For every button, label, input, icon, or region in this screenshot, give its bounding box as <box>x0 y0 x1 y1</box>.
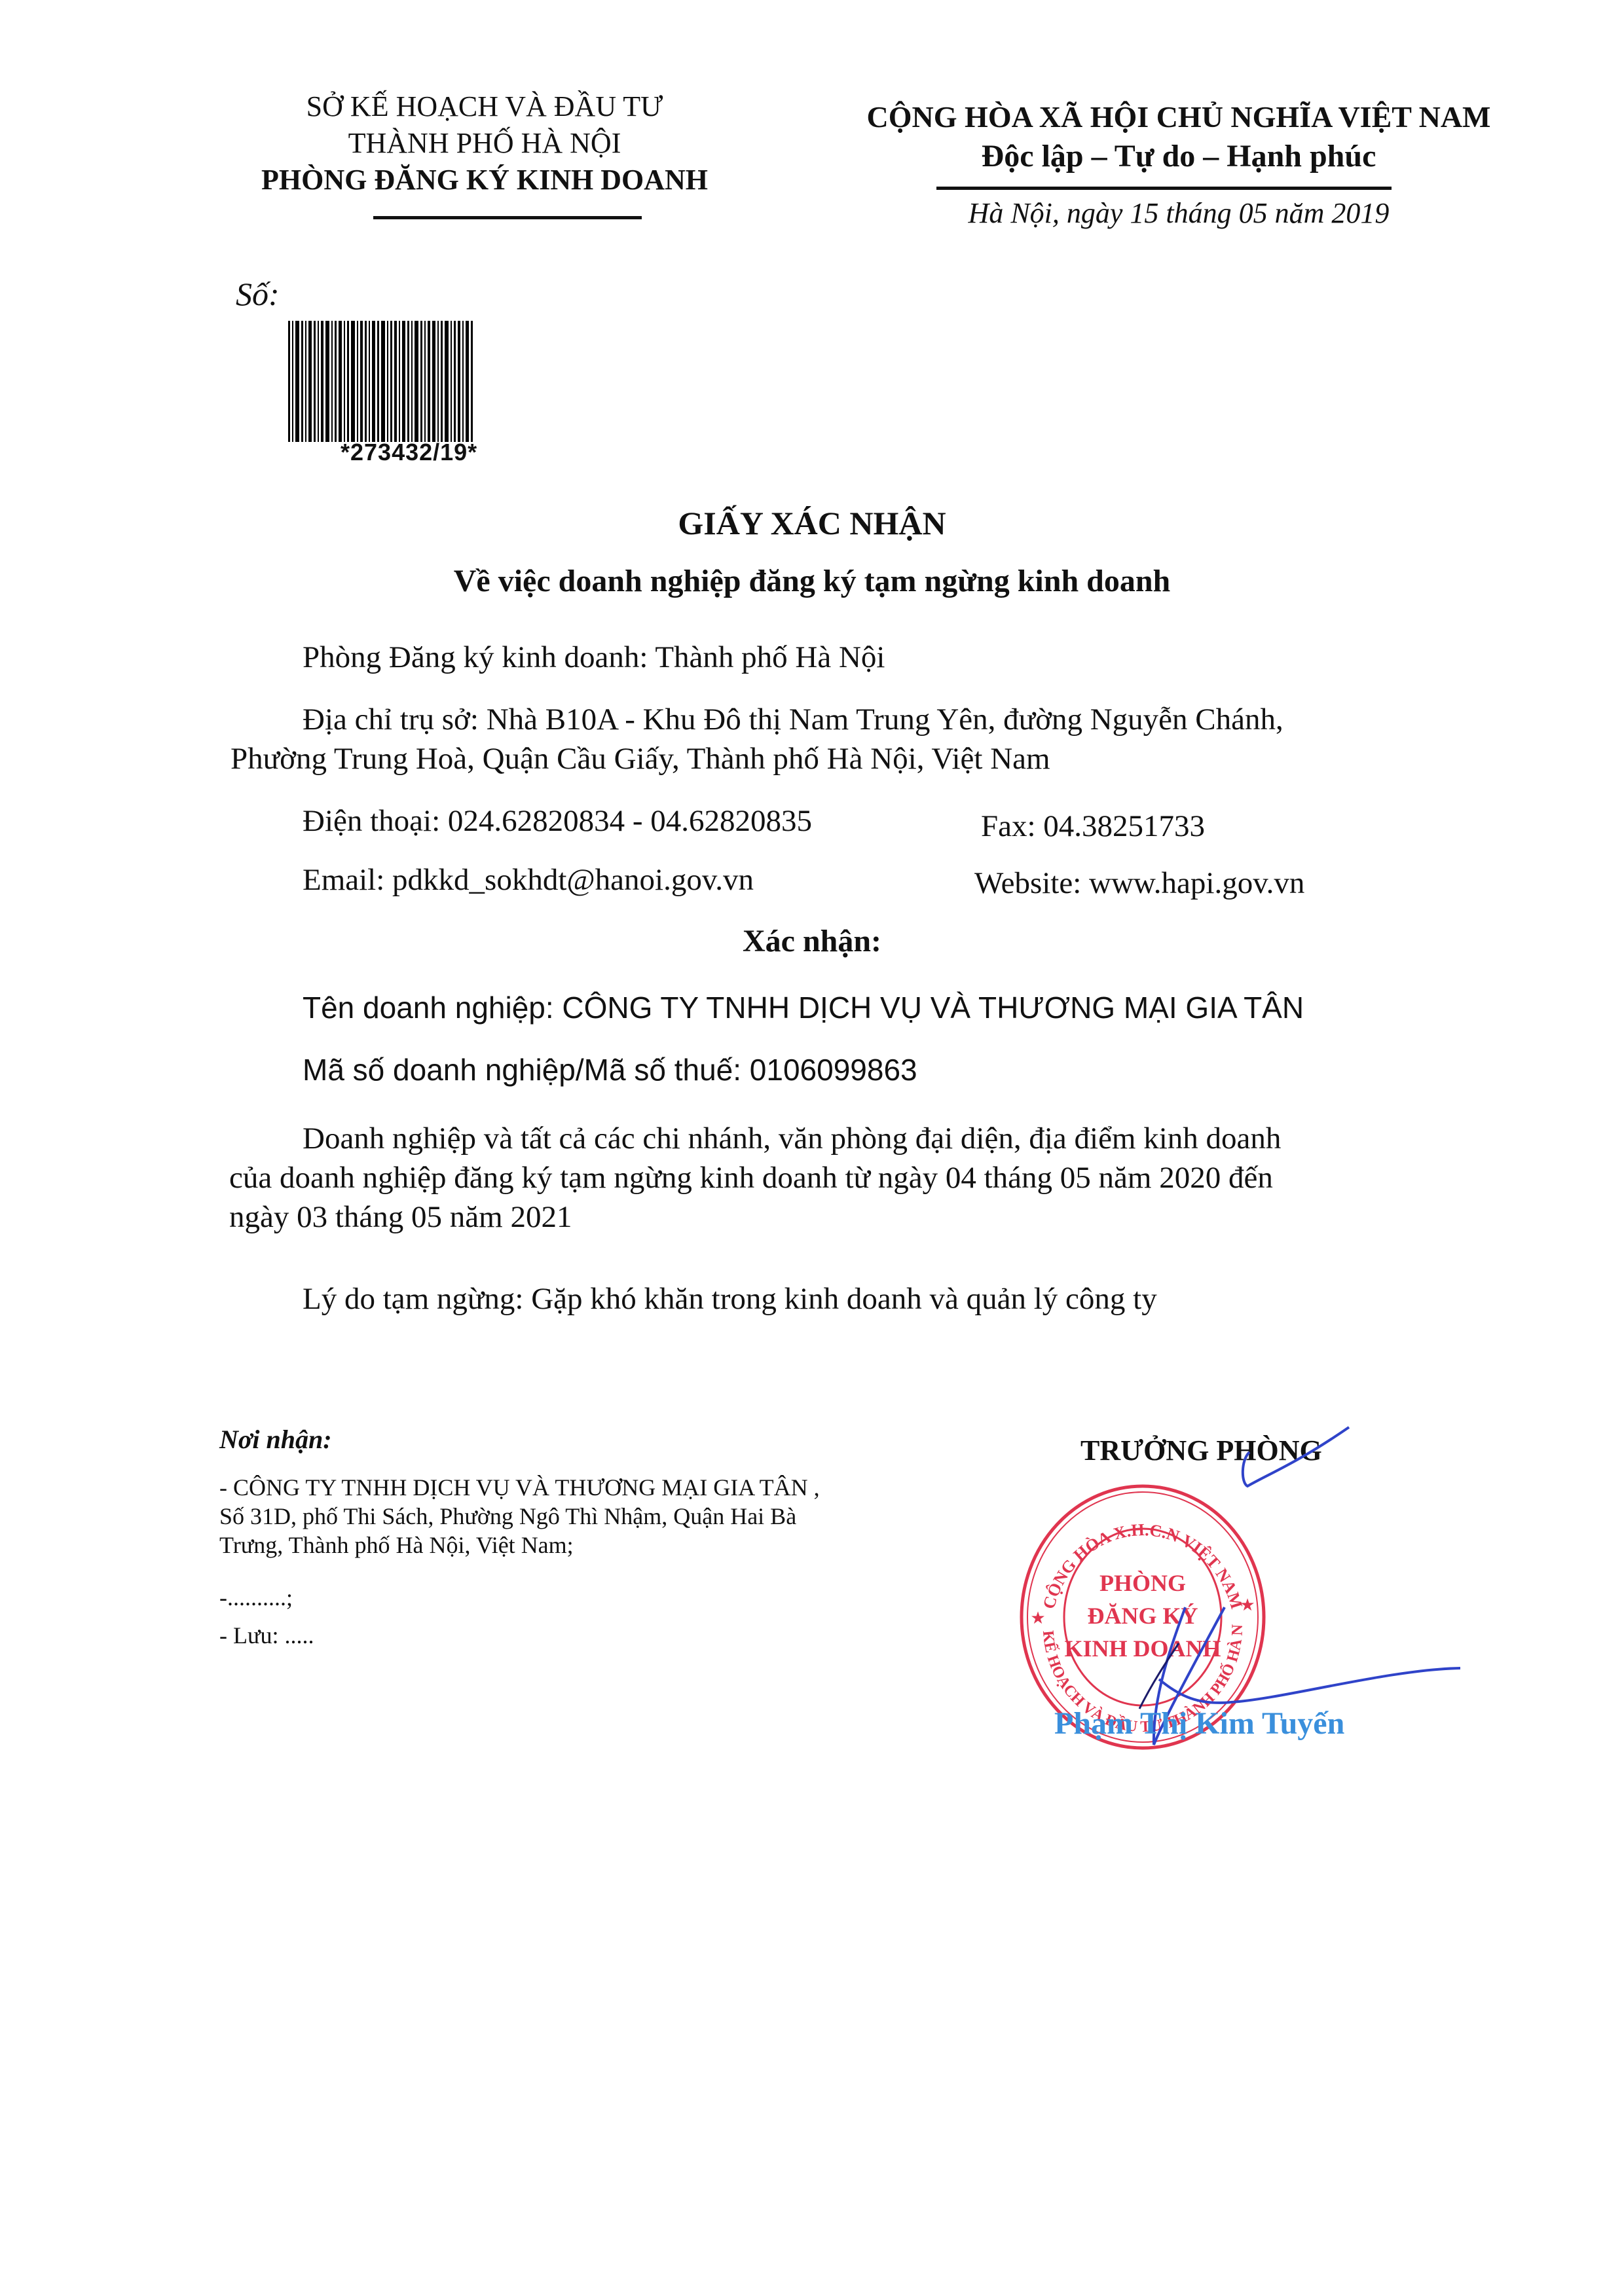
office-phone: Điện thoại: 024.62820834 - 04.62820835 <box>303 802 812 840</box>
office-address-line2: Phường Trung Hoà, Quận Cầu Giấy, Thành p… <box>231 740 1475 778</box>
suspension-paragraph-line1: Doanh nghiệp và tất cả các chi nhánh, vă… <box>303 1120 1514 1157</box>
suspension-paragraph-line3: ngày 03 tháng 05 năm 2021 <box>229 1198 572 1236</box>
office-name: Phòng Đăng ký kinh doanh: Thành phố Hà N… <box>303 638 885 676</box>
recipients-list: - CÔNG TY TNHH DỊCH VỤ VÀ THƯƠNG MẠI GIA… <box>219 1473 841 1650</box>
office-fax: Fax: 04.38251733 <box>981 807 1205 845</box>
national-header: CỘNG HÒA XÃ HỘI CHỦ NGHĨA VIỆT NAM Độc l… <box>819 98 1539 177</box>
agency-office: PHÒNG ĐĂNG KÝ KINH DOANH <box>216 162 753 198</box>
barcode-number: *273432/19* <box>341 439 477 466</box>
national-motto: Độc lập – Tự do – Hạnh phúc <box>819 136 1539 177</box>
nation-name: CỘNG HÒA XÃ HỘI CHỦ NGHĨA VIỆT NAM <box>819 98 1539 136</box>
recipient-item: -..........; <box>219 1583 841 1612</box>
office-address-line1: Địa chỉ trụ sở: Nhà B10A - Khu Đô thị Na… <box>303 701 1481 738</box>
suspension-paragraph-line2: của doanh nghiệp đăng ký tạm ngừng kinh … <box>229 1159 1506 1197</box>
tax-code: Mã số doanh nghiệp/Mã số thuế: 010609986… <box>303 1051 917 1089</box>
barcode-icon <box>288 321 570 442</box>
recipients-title: Nơi nhận: <box>219 1424 332 1455</box>
confirmation-heading: Xác nhận: <box>0 923 1624 959</box>
issue-date: Hà Nội, ngày 15 tháng 05 năm 2019 <box>819 196 1539 230</box>
signer-name: Phạm Thị Kim Tuyến <box>1054 1705 1344 1741</box>
header-left-divider <box>373 216 642 219</box>
header-right-divider <box>936 187 1392 190</box>
company-name: Tên doanh nghiệp: CÔNG TY TNHH DỊCH VỤ V… <box>303 989 1304 1027</box>
document-subtitle: Về việc doanh nghiệp đăng ký tạm ngừng k… <box>0 563 1624 599</box>
document-title: GIẤY XÁC NHẬN <box>0 504 1624 542</box>
office-email: Email: pdkkd_sokhdt@hanoi.gov.vn <box>303 861 754 899</box>
recipient-item: - CÔNG TY TNHH DỊCH VỤ VÀ THƯƠNG MẠI GIA… <box>219 1473 841 1559</box>
agency-department: SỞ KẾ HOẠCH VÀ ĐẦU TƯ <box>216 88 753 125</box>
office-website: Website: www.hapi.gov.vn <box>974 864 1304 902</box>
document-number-label: Số: <box>236 275 280 313</box>
recipient-item: - Lưu: ..... <box>219 1621 841 1650</box>
suspension-reason: Lý do tạm ngừng: Gặp khó khăn trong kinh… <box>303 1280 1157 1318</box>
agency-city: THÀNH PHỐ HÀ NỘI <box>216 125 753 162</box>
issuing-agency: SỞ KẾ HOẠCH VÀ ĐẦU TƯ THÀNH PHỐ HÀ NỘI P… <box>216 88 753 198</box>
